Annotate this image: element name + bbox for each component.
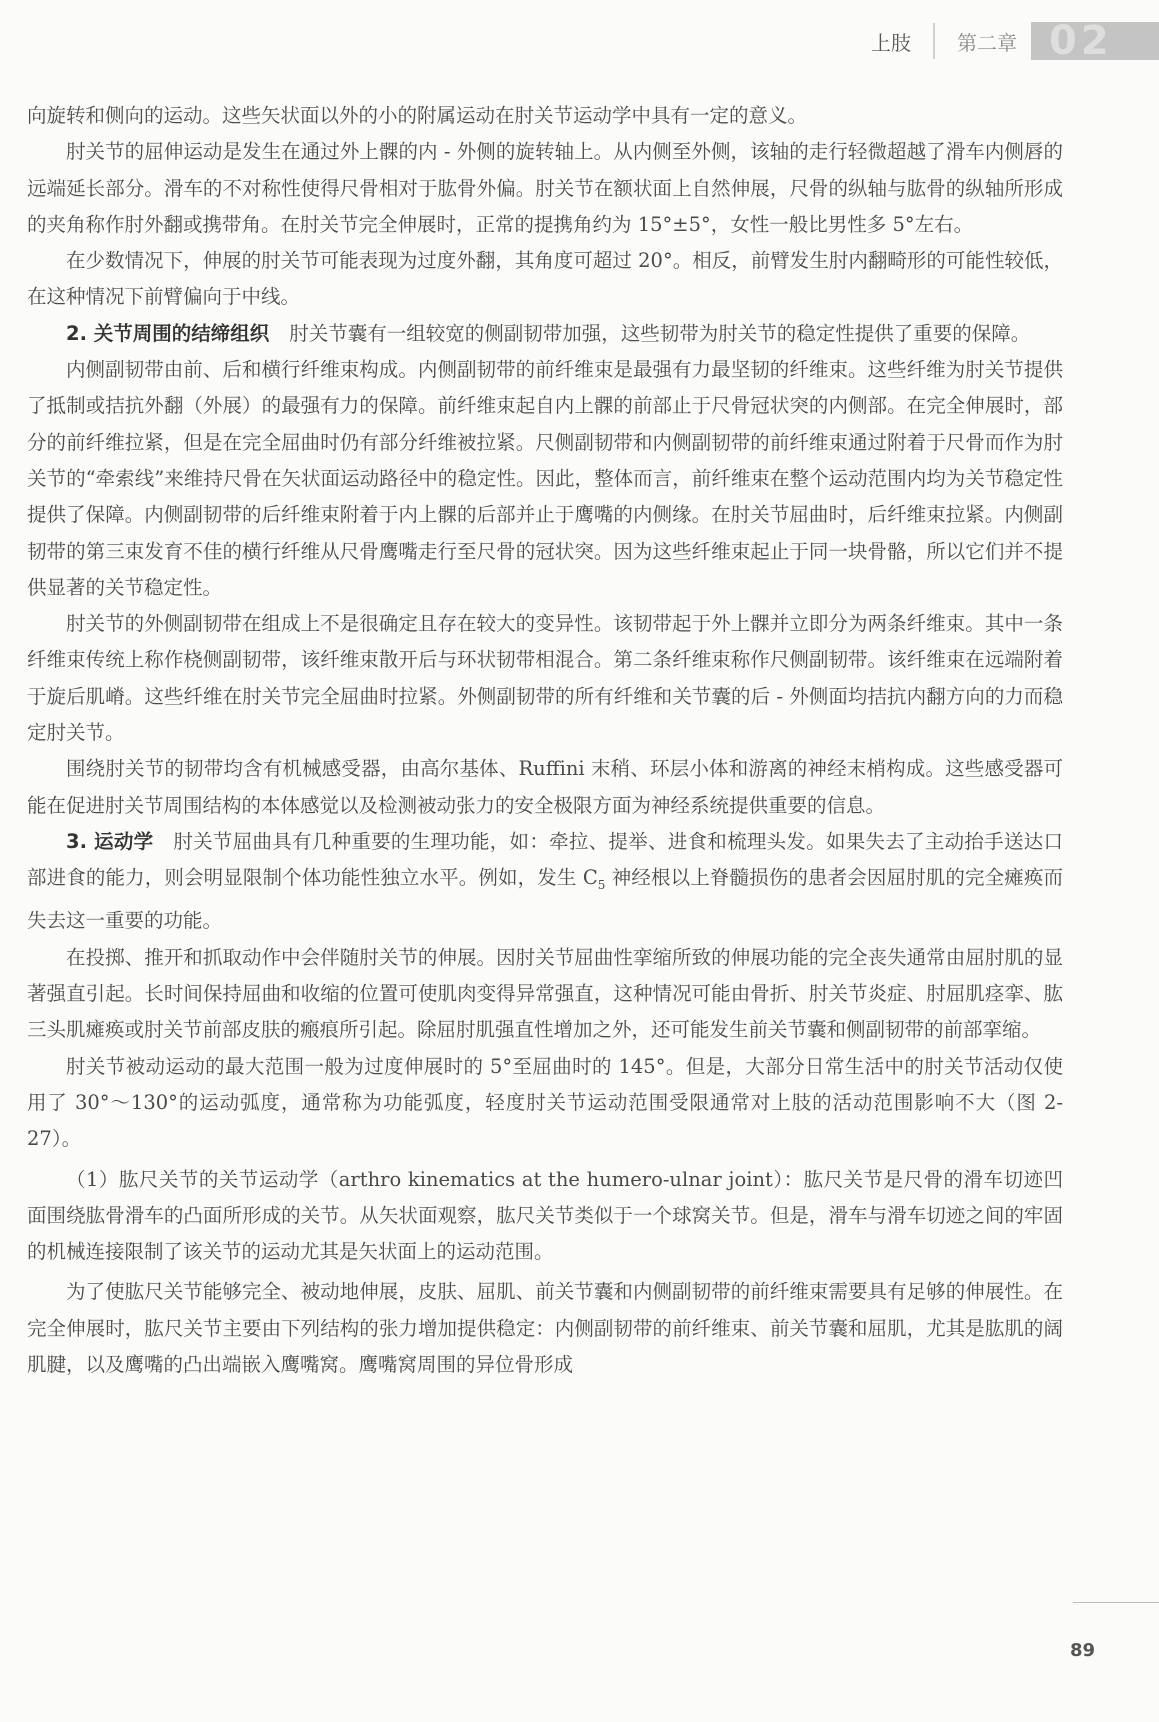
header-chapter-title: 第二章 bbox=[957, 27, 1017, 56]
section-heading: 3. 运动学 bbox=[66, 830, 153, 853]
paragraph-text: 肘关节被动运动的最大范围一般为过度伸展时的 5°至屈曲时的 145°。但是，大部… bbox=[27, 1055, 1063, 1151]
body-text: 向旋转和侧向的运动。这些矢状面以外的小的附属运动在肘关节运动学中具有一定的意义。… bbox=[27, 98, 1063, 1383]
header-divider bbox=[933, 23, 935, 59]
paragraph: 肘关节的外侧副韧带在组成上不是很确定且存在较大的变异性。该韧带起于外上髁并立即分… bbox=[27, 606, 1063, 751]
paragraph-text: 肘关节的屈伸运动是发生在通过外上髁的内 - 外侧的旋转轴上。从内侧至外侧，该轴的… bbox=[27, 140, 1063, 236]
paragraph: 向旋转和侧向的运动。这些矢状面以外的小的附属运动在肘关节运动学中具有一定的意义。 bbox=[27, 98, 1063, 134]
paragraph-text: 在投掷、推开和抓取动作中会伴随肘关节的伸展。因肘关节屈曲性挛缩所致的伸展功能的完… bbox=[27, 946, 1063, 1042]
paragraph: 3. 运动学肘关节屈曲具有几种重要的生理功能，如：牵拉、提举、进食和梳理头发。如… bbox=[27, 824, 1063, 940]
footer-rule bbox=[1073, 1602, 1159, 1603]
paragraph: 为了使肱尺关节能够完全、被动地伸展，皮肤、屈肌、前关节囊和内侧副韧带的前纤维束需… bbox=[27, 1274, 1063, 1383]
paragraph: 2. 关节周围的结缔组织肘关节囊有一组较宽的侧副韧带加强，这些韧带为肘关节的稳定… bbox=[27, 316, 1063, 352]
paragraph: 在少数情况下，伸展的肘关节可能表现为过度外翻，其角度可超过 20°。相反，前臂发… bbox=[27, 243, 1063, 316]
paragraph-text: 向旋转和侧向的运动。这些矢状面以外的小的附属运动在肘关节运动学中具有一定的意义。 bbox=[27, 104, 807, 127]
paragraph-text: 围绕肘关节的韧带均含有机械感受器，由高尔基体、Ruffini 末稍、环层小体和游… bbox=[27, 757, 1063, 816]
page-number: 89 bbox=[1070, 1640, 1095, 1661]
paragraph-text: 为了使肱尺关节能够完全、被动地伸展，皮肤、屈肌、前关节囊和内侧副韧带的前纤维束需… bbox=[27, 1280, 1063, 1376]
paragraph: 围绕肘关节的韧带均含有机械感受器，由高尔基体、Ruffini 末稍、环层小体和游… bbox=[27, 751, 1063, 824]
paragraph-text: 肘关节的外侧副韧带在组成上不是很确定且存在较大的变异性。该韧带起于外上髁并立即分… bbox=[27, 612, 1063, 744]
paragraph: 肘关节的屈伸运动是发生在通过外上髁的内 - 外侧的旋转轴上。从内侧至外侧，该轴的… bbox=[27, 134, 1063, 243]
paragraph: （1）肱尺关节的关节运动学（arthro kinematics at the h… bbox=[27, 1162, 1063, 1271]
paragraph-text: 内侧副韧带由前、后和横行纤维束构成。内侧副韧带的前纤维束是最强有力最坚韧的纤维束… bbox=[27, 358, 1063, 599]
header-part-title: 上肢 bbox=[871, 27, 911, 56]
paragraph-text: 肘关节囊有一组较宽的侧副韧带加强，这些韧带为肘关节的稳定性提供了重要的保障。 bbox=[289, 322, 1030, 345]
paragraph-text: （1）肱尺关节的关节运动学（arthro kinematics at the h… bbox=[27, 1168, 1063, 1264]
paragraph: 肘关节被动运动的最大范围一般为过度伸展时的 5°至屈曲时的 145°。但是，大部… bbox=[27, 1049, 1063, 1158]
running-header: 上肢 第二章 02 bbox=[871, 22, 1159, 60]
chapter-number-badge: 02 bbox=[1031, 22, 1159, 60]
paragraph: 内侧副韧带由前、后和横行纤维束构成。内侧副韧带的前纤维束是最强有力最坚韧的纤维束… bbox=[27, 352, 1063, 606]
paragraph-text: 在少数情况下，伸展的肘关节可能表现为过度外翻，其角度可超过 20°。相反，前臂发… bbox=[27, 249, 1063, 308]
paragraph: 在投掷、推开和抓取动作中会伴随肘关节的伸展。因肘关节屈曲性挛缩所致的伸展功能的完… bbox=[27, 940, 1063, 1049]
section-heading: 2. 关节周围的结缔组织 bbox=[66, 322, 269, 345]
